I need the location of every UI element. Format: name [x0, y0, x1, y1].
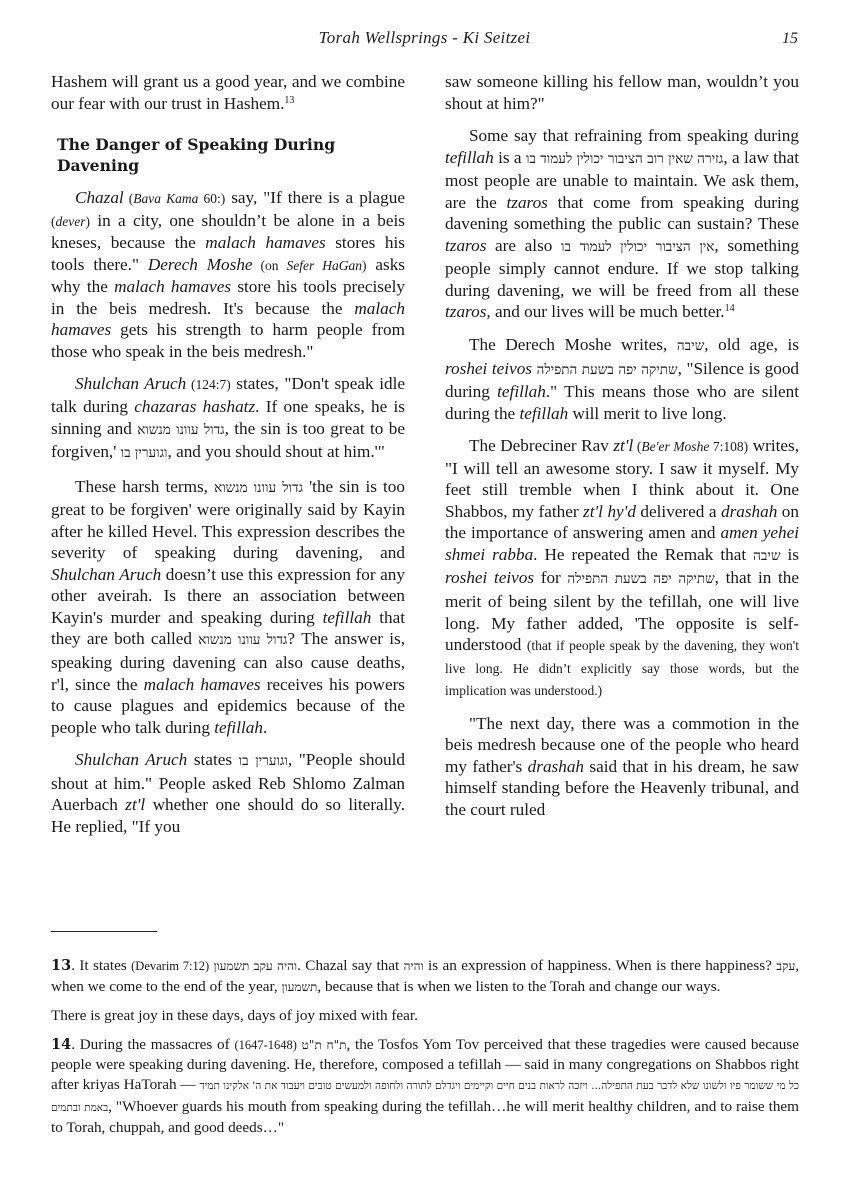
paragraph: Hashem will grant us a good year, and we… [51, 71, 405, 114]
hebrew-text: וגוערין בו [121, 445, 168, 461]
paragraph: "The next day, there was a commotion in … [445, 713, 799, 821]
paragraph: Chazal (Bava Kama 60:) say, "If there is… [51, 187, 405, 362]
hebrew-text: והיה [404, 959, 424, 973]
paragraph: Shulchan Aruch states וגוערין בו, "Peopl… [51, 749, 405, 837]
hebrew-text: וגוערין בו [239, 753, 288, 769]
hebrew-text: תשמעון [282, 980, 318, 994]
hebrew-text: והיה עקב תשמעון [213, 959, 297, 973]
footnote-number: 13 [51, 957, 71, 974]
hebrew-text: ת"ח ת"ט [302, 1038, 347, 1052]
paragraph: The Debreciner Rav zt'l (Be'er Moshe 7:1… [445, 435, 799, 702]
right-column: saw someone killing his fellow man, woul… [445, 71, 799, 832]
running-title: Torah Wellsprings - Ki Seitzei [0, 28, 849, 48]
hebrew-text: אין הציבור יכולין לעמוד בו [561, 239, 714, 255]
section-heading: The Danger of Speaking During Davening [57, 134, 405, 176]
paragraph: Shulchan Aruch (124:7) states, "Don't sp… [51, 373, 405, 464]
hebrew-text: שתיקה יפה בשעת התפילה [567, 571, 714, 587]
hebrew-text: שתיקה יפה בשעת התפילה [537, 362, 678, 378]
hebrew-text: גדול עוונו מנשוא [137, 422, 224, 438]
footnote-divider [51, 931, 157, 932]
paragraph: The Derech Moshe writes, שיבה, old age, … [445, 334, 799, 424]
page-number: 15 [782, 30, 798, 48]
hebrew-text: גדול עוונו מנשוא [214, 480, 303, 496]
left-column: Hashem will grant us a good year, and we… [51, 71, 405, 848]
paragraph: Some say that refraining from speaking d… [445, 125, 799, 323]
footnote-ref-13[interactable]: 13 [284, 95, 294, 106]
hebrew-text: שיבה [753, 548, 780, 564]
footnote-14: 14. During the massacres of (1647-1648) … [51, 1035, 799, 1138]
footnote-ref-14[interactable]: 14 [725, 303, 735, 314]
hebrew-text: גדול עוונו מנשוא [198, 632, 287, 648]
footnote-number: 14 [51, 1036, 71, 1053]
paragraph: saw someone killing his fellow man, woul… [445, 71, 799, 114]
paragraph: These harsh terms, גדול עוונו מנשוא 'the… [51, 476, 405, 739]
footnote-13: 13. It states (Devarim 7:12) והיה עקב תש… [51, 956, 799, 997]
footnotes: 13. It states (Devarim 7:12) והיה עקב תש… [51, 956, 799, 1147]
running-head: Torah Wellsprings - Ki Seitzei 15 [0, 28, 849, 54]
hebrew-text: עקב [776, 959, 795, 973]
hebrew-text: גזירה שאין רוב הציבור יכולין לעמוד בו [526, 151, 723, 167]
hebrew-text: שיבה [677, 338, 704, 354]
footnote-13-continued: There is great joy in these days, days o… [51, 1006, 799, 1026]
